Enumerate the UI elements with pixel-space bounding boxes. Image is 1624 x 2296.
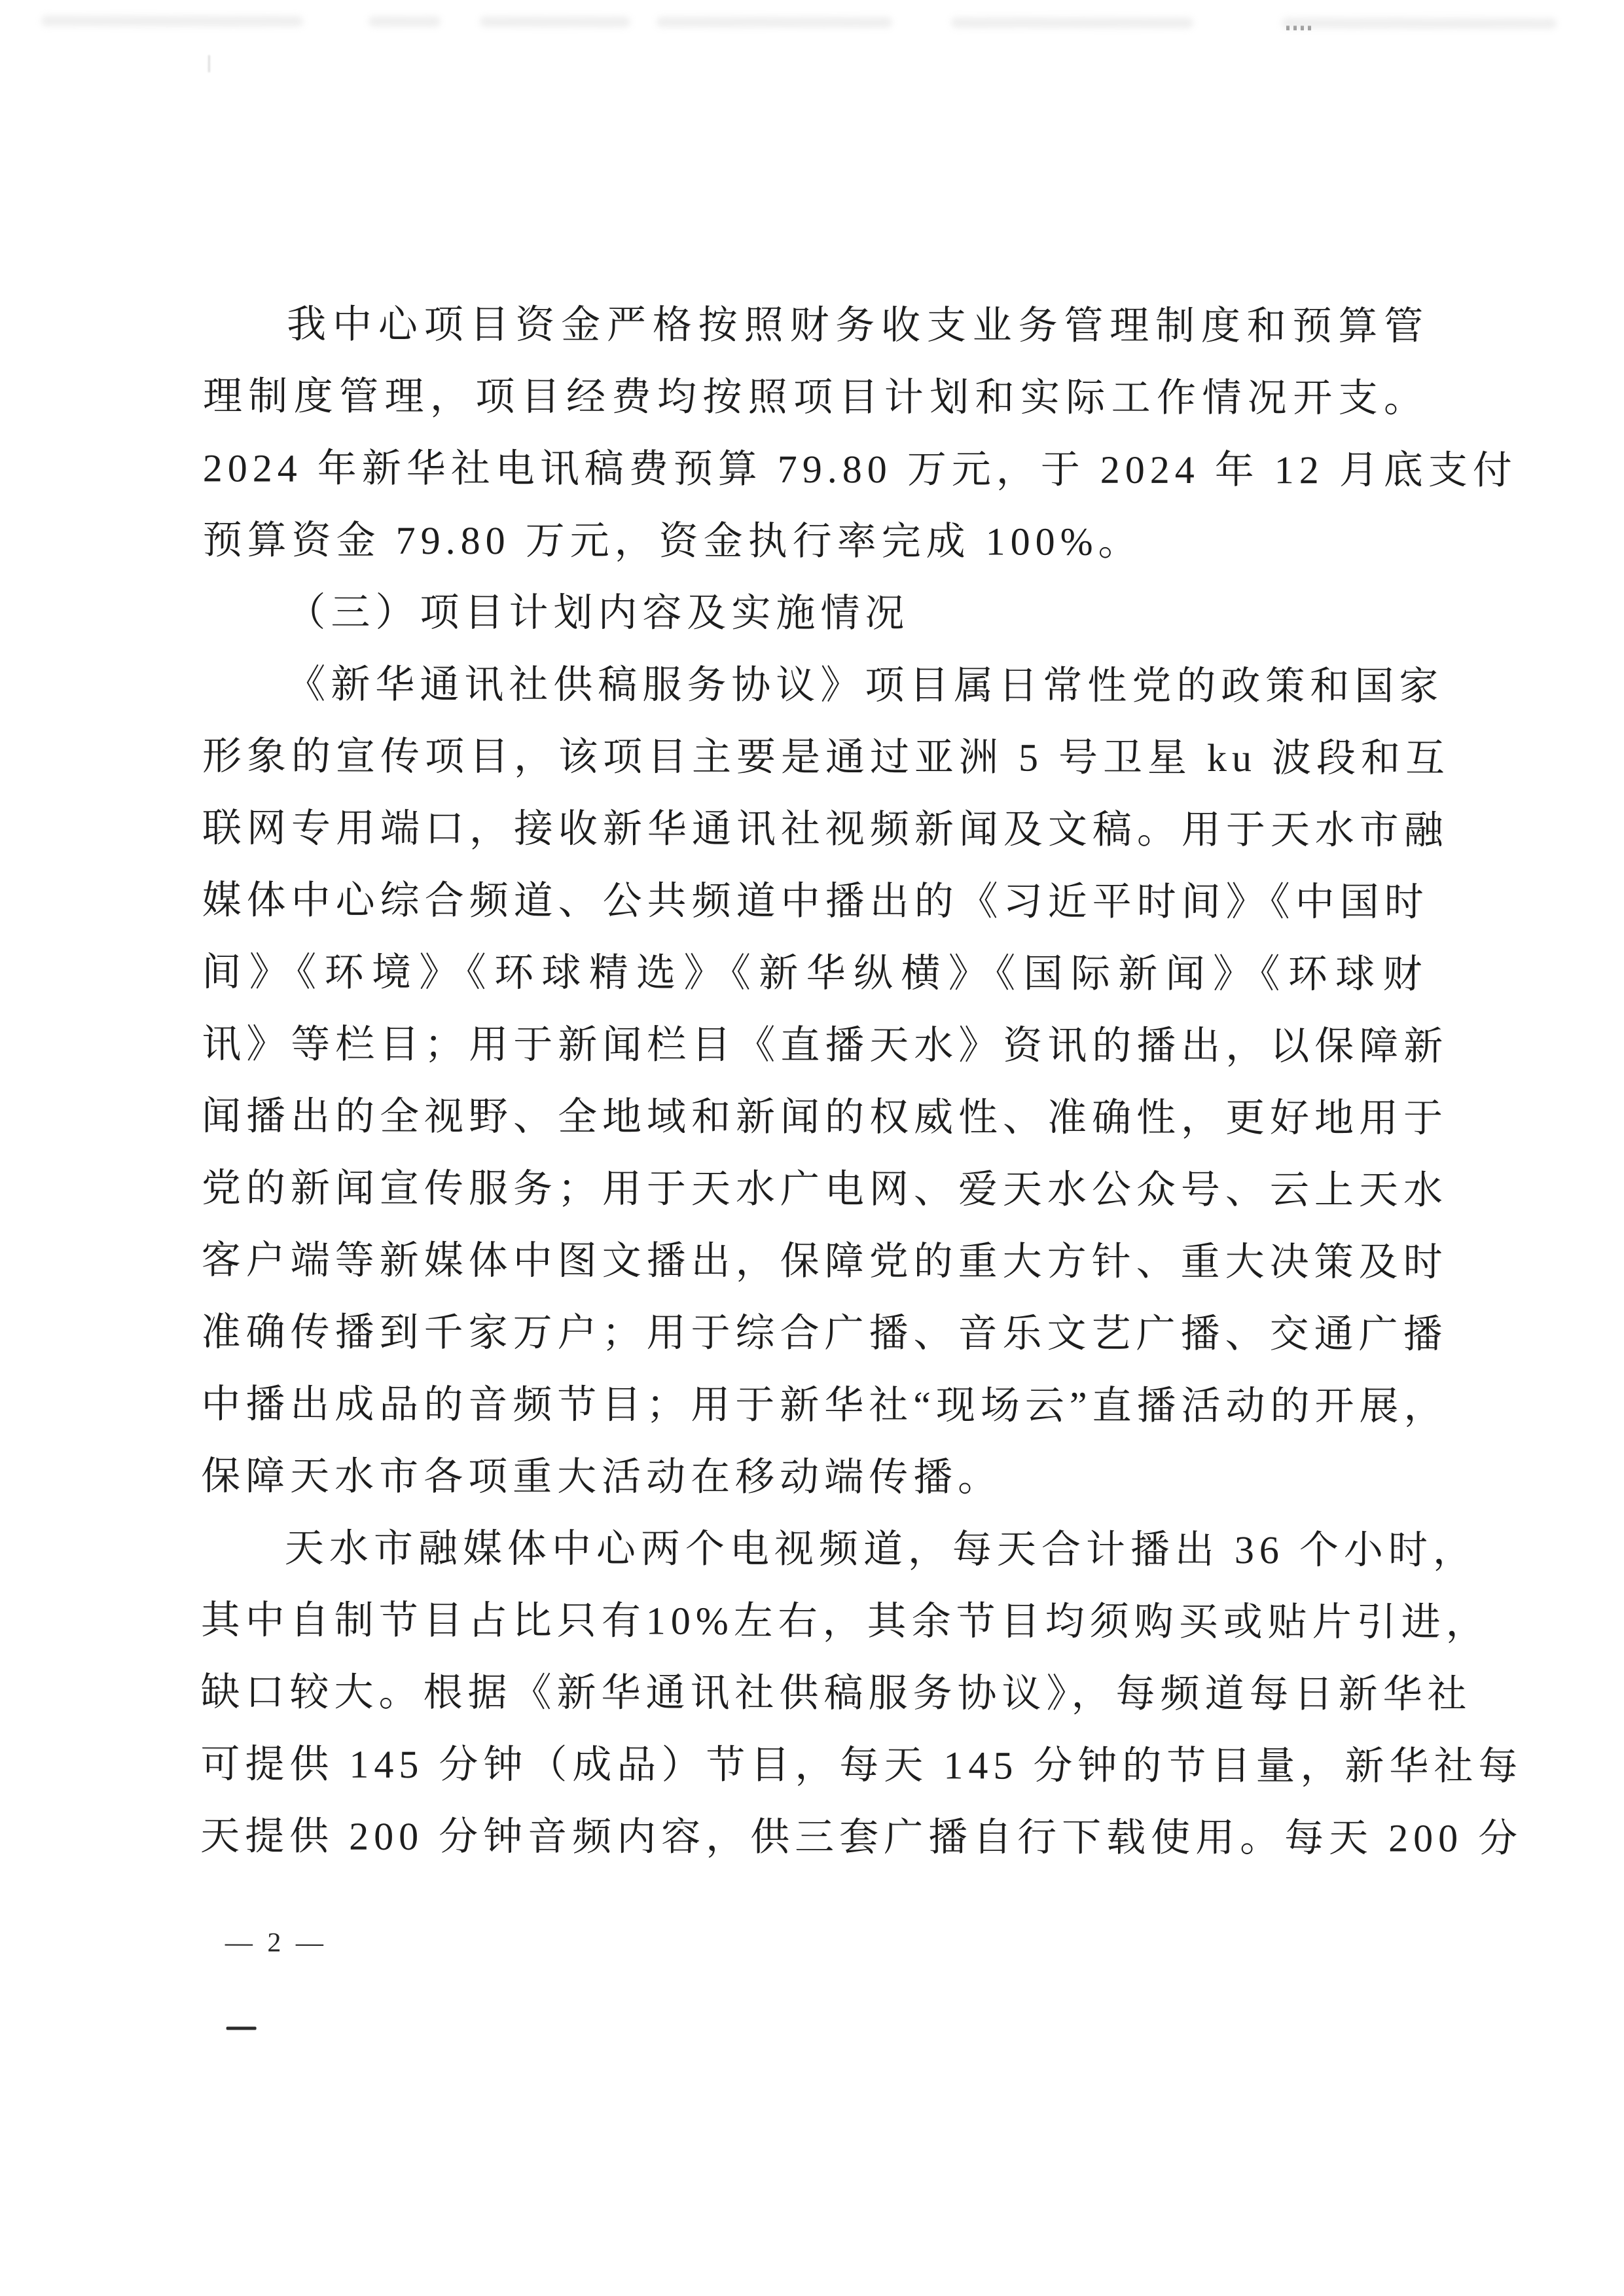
doc-line: 讯》等栏目；用于新闻栏目《直播天水》资讯的播出，以保障新 xyxy=(202,1008,1427,1082)
doc-line: 党的新闻宣传服务；用于天水广电网、爱天水公众号、云上天水 xyxy=(202,1152,1427,1226)
doc-line: 客户端等新媒体中图文播出，保障党的重大方针、重大决策及时 xyxy=(202,1224,1427,1298)
doc-line: 其中自制节目占比只有10%左右，其余节目均须购买或贴片引进， xyxy=(201,1584,1426,1658)
scan-smudge xyxy=(369,16,441,27)
scan-smudge xyxy=(480,16,630,27)
section-heading: （三）项目计划内容及实施情况 xyxy=(202,576,1428,650)
scan-smudge xyxy=(657,17,892,28)
doc-line: 天提供 200 分钟音频内容，供三套广播自行下载使用。每天 200 分 xyxy=(200,1800,1426,1874)
doc-line: 保障天水市各项重大活动在移动端传播。 xyxy=(201,1440,1426,1514)
doc-line: 媒体中心综合频道、公共频道中播出的《习近平时间》《中国时 xyxy=(202,864,1428,938)
doc-line: 可提供 145 分钟（成品）节目，每天 145 分钟的节目量，新华社每 xyxy=(200,1728,1426,1802)
doc-line: 天水市融媒体中心两个电视频道，每天合计播出 36 个小时， xyxy=(201,1512,1426,1586)
scanned-page: 我中心项目资金严格按照财务收支业务管理制度和预算管 理制度管理，项目经费均按照项… xyxy=(0,0,1624,2296)
doc-line: 中播出成品的音频节目；用于新华社“现场云”直播活动的开展， xyxy=(201,1368,1426,1442)
doc-line: 形象的宣传项目，该项目主要是通过亚洲 5 号卫星 ku 波段和互 xyxy=(202,720,1428,794)
page-number: — 2 — xyxy=(225,1927,327,1958)
scan-speck xyxy=(208,55,210,72)
doc-line: 准确传播到千家万户；用于综合广播、音乐文艺广播、交通广播 xyxy=(201,1296,1426,1370)
scan-smudge xyxy=(951,17,1193,28)
doc-line: 《新华通讯社供稿服务协议》项目属日常性党的政策和国家 xyxy=(202,648,1428,722)
doc-line: 联网专用端口，接收新华通讯社视频新闻及文稿。用于天水市融 xyxy=(202,792,1428,866)
doc-line: 缺口较大。根据《新华通讯社供稿服务协议》，每频道每日新华社 xyxy=(200,1656,1426,1730)
stray-dash-mark xyxy=(226,2026,257,2030)
doc-line: 间》《环境》《环球精选》《新华纵横》《国际新闻》《环球财 xyxy=(202,936,1427,1010)
doc-line: 理制度管理，项目经费均按照项目计划和实际工作情况开支。 xyxy=(203,360,1428,434)
doc-line: 我中心项目资金严格按照财务收支业务管理制度和预算管 xyxy=(203,288,1428,362)
doc-line: 2024 年新华社电讯稿费预算 79.80 万元，于 2024 年 12 月底支… xyxy=(203,432,1428,506)
doc-line: 预算资金 79.80 万元，资金执行率完成 100%。 xyxy=(203,504,1428,578)
doc-line: 闻播出的全视野、全地域和新闻的权威性、准确性，更好地用于 xyxy=(202,1080,1427,1154)
scan-bleed-through-band xyxy=(2,8,1624,39)
scan-smudge xyxy=(1282,18,1557,29)
document-body: 我中心项目资金严格按照财务收支业务管理制度和预算管 理制度管理，项目经费均按照项… xyxy=(200,288,1428,1874)
scan-smudge xyxy=(41,16,303,27)
